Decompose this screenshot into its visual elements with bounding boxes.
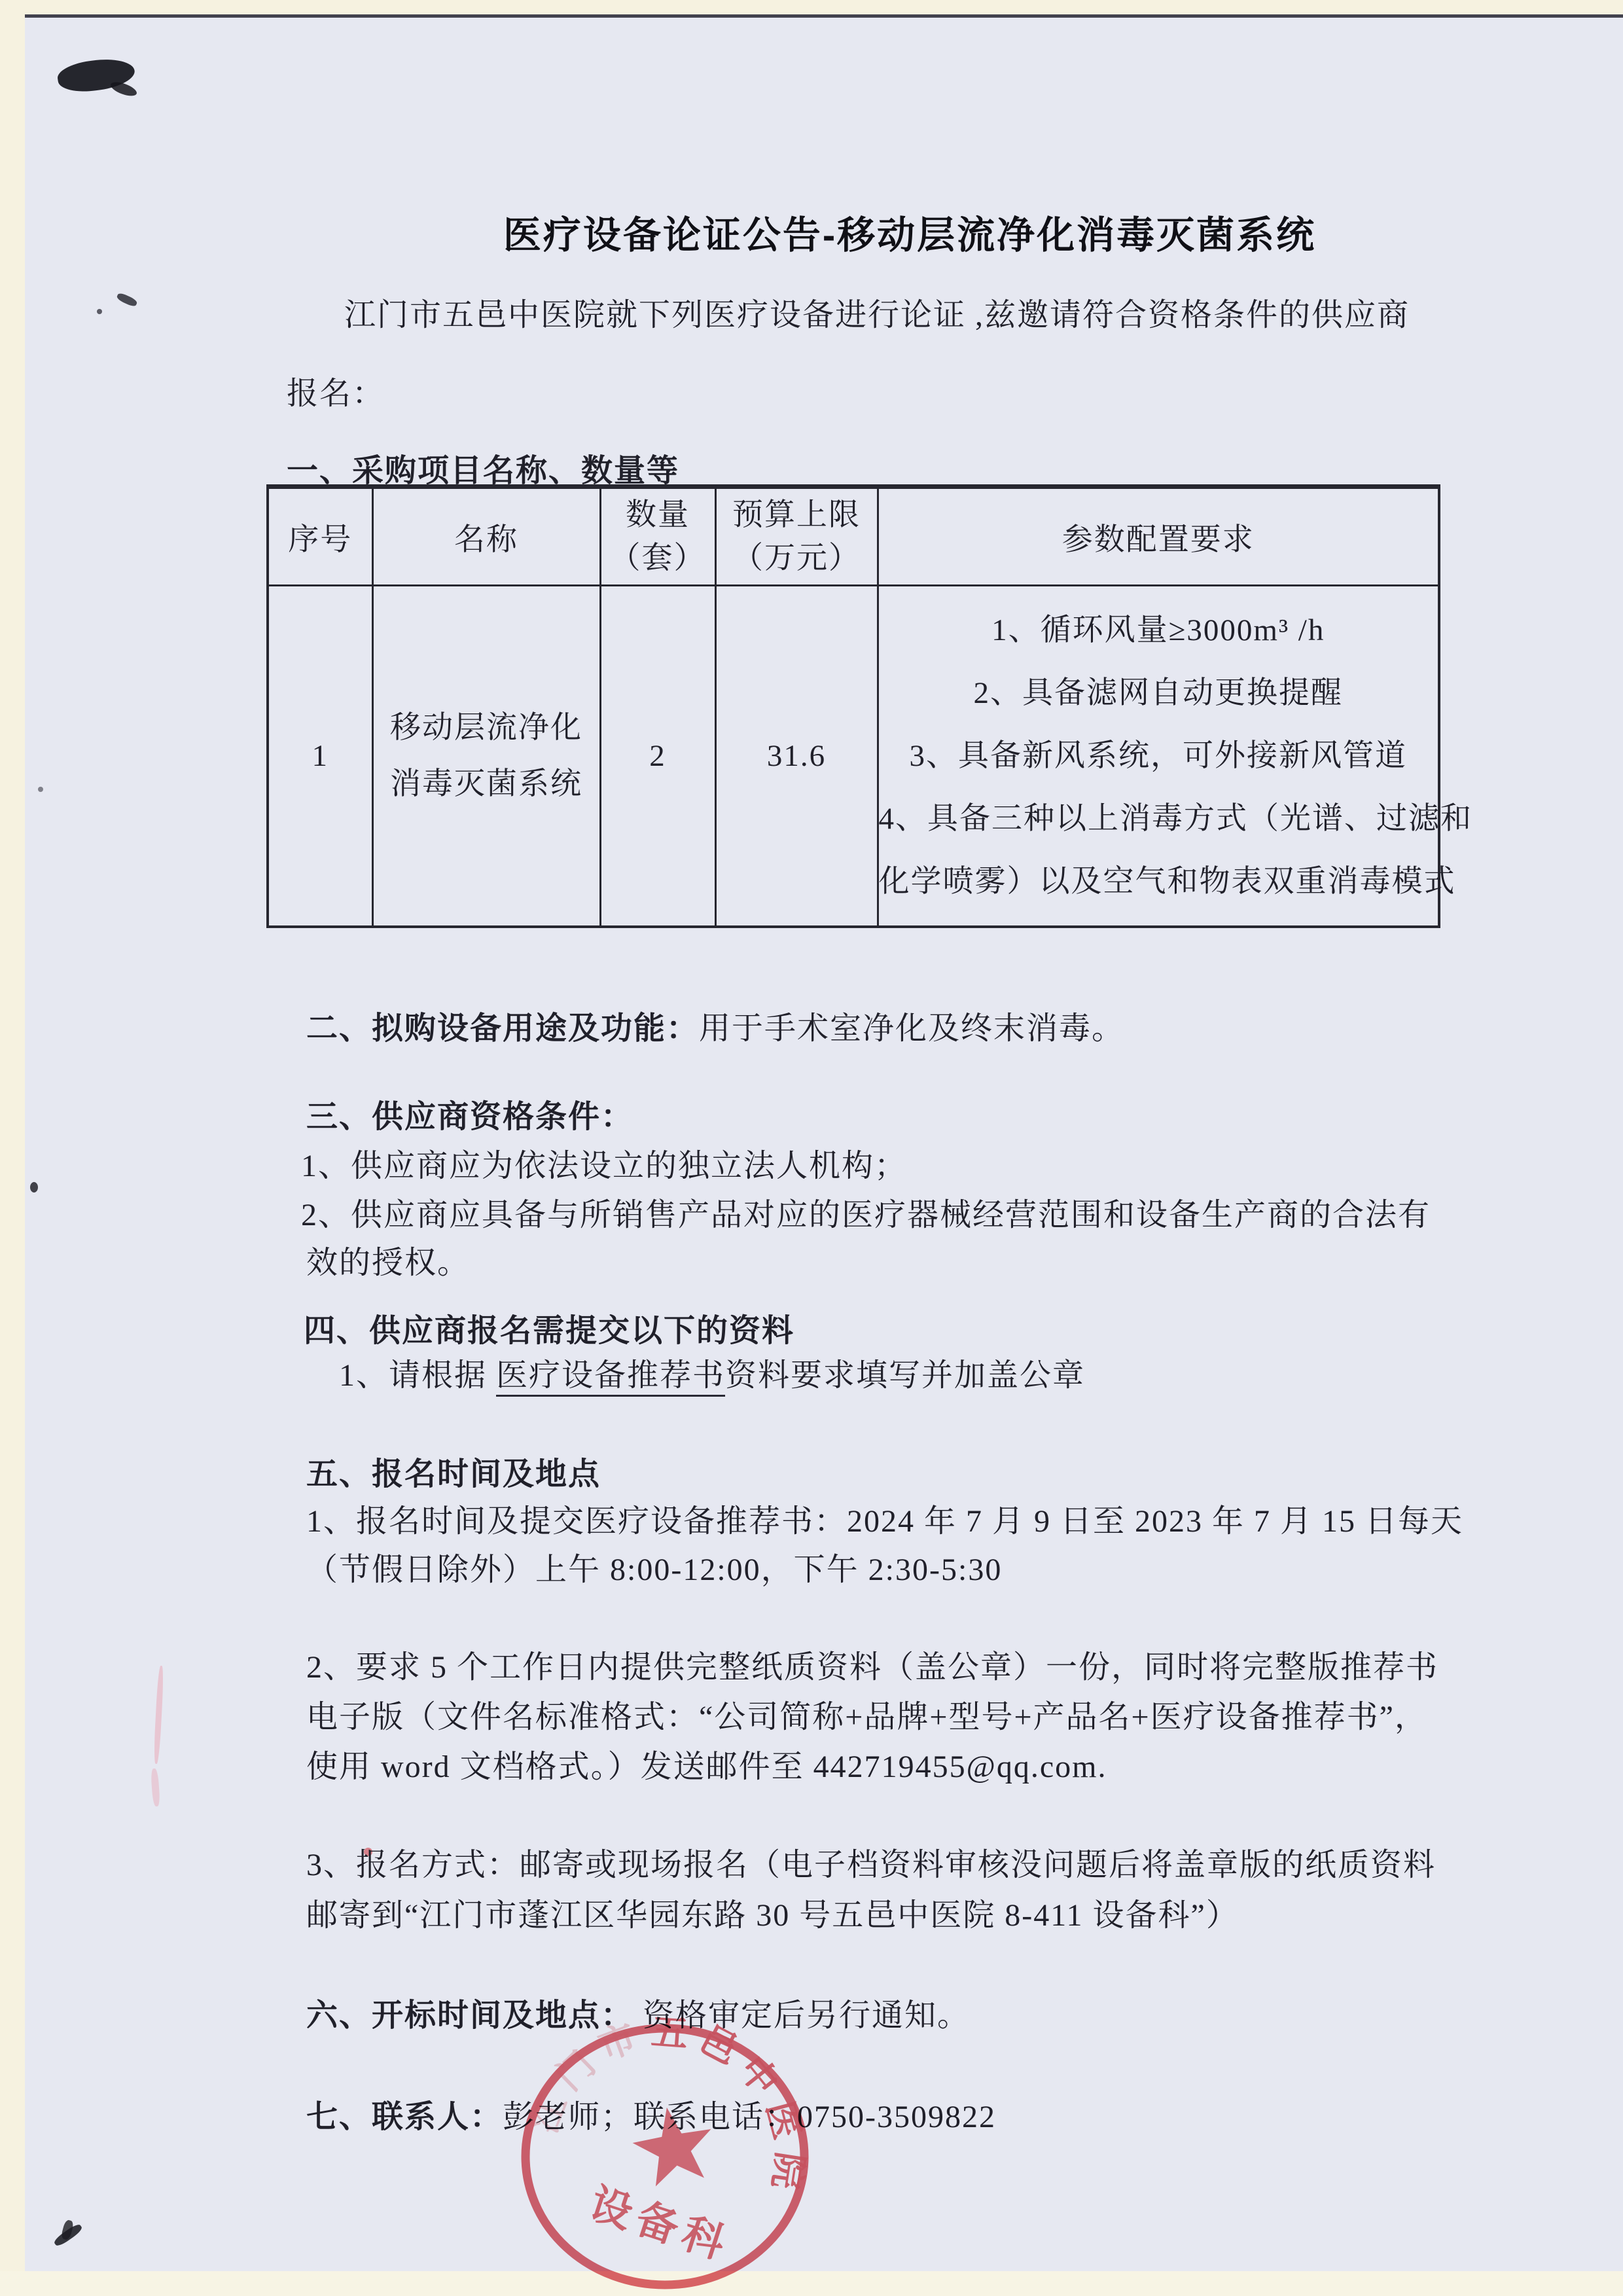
section5-para2-line3: 使用 word 文档格式。）发送邮件至 442719455@qq.com. (306, 1748, 1484, 1787)
section4-item1-suffix: 资料要求填写并加盖公章 (725, 1358, 1085, 1393)
section3-heading: 三、供应商资格条件： (306, 1098, 1484, 1137)
section3-item2-line1: 2、供应商应具备与所销售产品对应的医疗器械经营范围和设备生产商的合法有 (301, 1196, 1479, 1235)
section3-item2-line2: 效的授权。 (306, 1244, 1484, 1283)
section7-heading: 七、联系人： (306, 2100, 503, 2134)
table-header-qty-line1: 数量 (601, 493, 715, 537)
section3-item1: 1、供应商应为依法设立的独立法人机构； (301, 1147, 1479, 1186)
section6-heading: 六、开标时间及地点： (306, 1998, 633, 2033)
section6-text: 资格审定后另行通知。 (633, 1998, 970, 2033)
cell-name-line1: 移动层流净化 (374, 700, 599, 756)
section5-para1-line2: （节假日除外）上午 8:00-12:00，下午 2:30-5:30 (306, 1551, 1484, 1590)
scan-bottom-edge (0, 2271, 1623, 2296)
param-line: 3、具备新风系统，可外接新风管道 (879, 725, 1438, 787)
section6-line: 六、开标时间及地点： 资格审定后另行通知。 (306, 1996, 1484, 2036)
table-header-qty: 数量 （套） (600, 487, 715, 586)
section2-heading: 二、拟购设备用途及功能： (306, 1011, 699, 1046)
table-header-name: 名称 (372, 487, 600, 586)
intro-continuation: 报名： (287, 374, 1465, 414)
cell-seq: 1 (268, 586, 372, 927)
section4-item1-prefix: 1、请根据 (339, 1358, 496, 1393)
section2-line: 二、拟购设备用途及功能：用于手术室净化及终末消毒。 (306, 1009, 1484, 1049)
param-line: 化学喷雾）以及空气和物表双重消毒模式 (879, 850, 1438, 913)
section5-para3-line2: 邮寄到“江门市蓬江区华园东路 30 号五邑中医院 8-411 设备科”） (306, 1896, 1484, 1935)
section5-para1-line1: 1、报名时间及提交医疗设备推荐书：2024 年 7 月 9 日至 2023 年 … (306, 1502, 1484, 1541)
table-header-budget-line2: （万元） (717, 537, 877, 580)
section2-text: 用于手术室净化及终末消毒。 (699, 1011, 1124, 1046)
scanned-document: 医疗设备论证公告-移动层流净化消毒灭菌系统 江门市五邑中医院就下列医疗设备进行论… (0, 0, 1623, 2296)
table-header-params: 参数配置要求 (878, 487, 1439, 586)
table-header-budget-line1: 预算上限 (717, 493, 877, 537)
scan-speck (97, 309, 102, 314)
procurement-table: 序号 名称 数量 （套） 预算上限 （万元） 参数配置要求 1 移动层流净化 消… (266, 484, 1440, 928)
cell-name-line2: 消毒灭菌系统 (374, 756, 599, 812)
table-header-qty-line2: （套） (601, 537, 715, 580)
section7-line: 七、联系人：彭老师；联系电话：0750-3509822 (306, 2098, 1484, 2137)
scan-speck (38, 787, 43, 792)
section4-heading: 四、供应商报名需提交以下的资料 (304, 1312, 1482, 1351)
param-line: 4、具备三种以上消毒方式（光谱、过滤和 (879, 787, 1438, 850)
cell-budget: 31.6 (715, 586, 878, 927)
param-line: 2、具备滤网自动更换提醒 (879, 662, 1438, 725)
table-header-row: 序号 名称 数量 （套） 预算上限 （万元） 参数配置要求 (268, 487, 1439, 586)
table-header-budget: 预算上限 （万元） (715, 487, 878, 586)
section5-para3-line1: 3、报名方式：邮寄或现场报名（电子档资料审核没问题后将盖章版的纸质资料 (306, 1846, 1484, 1885)
cell-params: 1、循环风量≥3000m³ /h 2、具备滤网自动更换提醒 3、具备新风系统，可… (878, 586, 1439, 927)
intro-paragraph: 江门市五邑中医院就下列医疗设备进行论证 ,兹邀请符合资格条件的供应商 (281, 296, 1522, 335)
table-header-seq: 序号 (268, 487, 372, 586)
cell-qty: 2 (600, 586, 715, 927)
section5-heading: 五、报名时间及地点 (306, 1455, 1484, 1494)
section7-text: 彭老师；联系电话：0750-3509822 (503, 2100, 996, 2134)
section4-item1: 1、请根据 医疗设备推荐书资料要求填写并加盖公章 (306, 1356, 1517, 1395)
section4-item1-underlined: 医疗设备推荐书 (496, 1358, 725, 1397)
page-title: 医疗设备论证公告-移动层流净化消毒灭菌系统 (353, 204, 1466, 259)
section5-para2-line1: 2、要求 5 个工作日内提供完整纸质资料（盖公章）一份，同时将完整版推荐书 (306, 1648, 1484, 1687)
scan-speck (30, 1182, 38, 1193)
param-line: 1、循环风量≥3000m³ /h (879, 599, 1438, 662)
cell-name: 移动层流净化 消毒灭菌系统 (372, 586, 600, 927)
table-row: 1 移动层流净化 消毒灭菌系统 2 31.6 1、循环风量≥3000m³ /h … (268, 586, 1439, 927)
section5-para2-line2: 电子版（文件名标准格式：“公司简称+品牌+型号+产品名+医疗设备推荐书”， (306, 1698, 1484, 1737)
